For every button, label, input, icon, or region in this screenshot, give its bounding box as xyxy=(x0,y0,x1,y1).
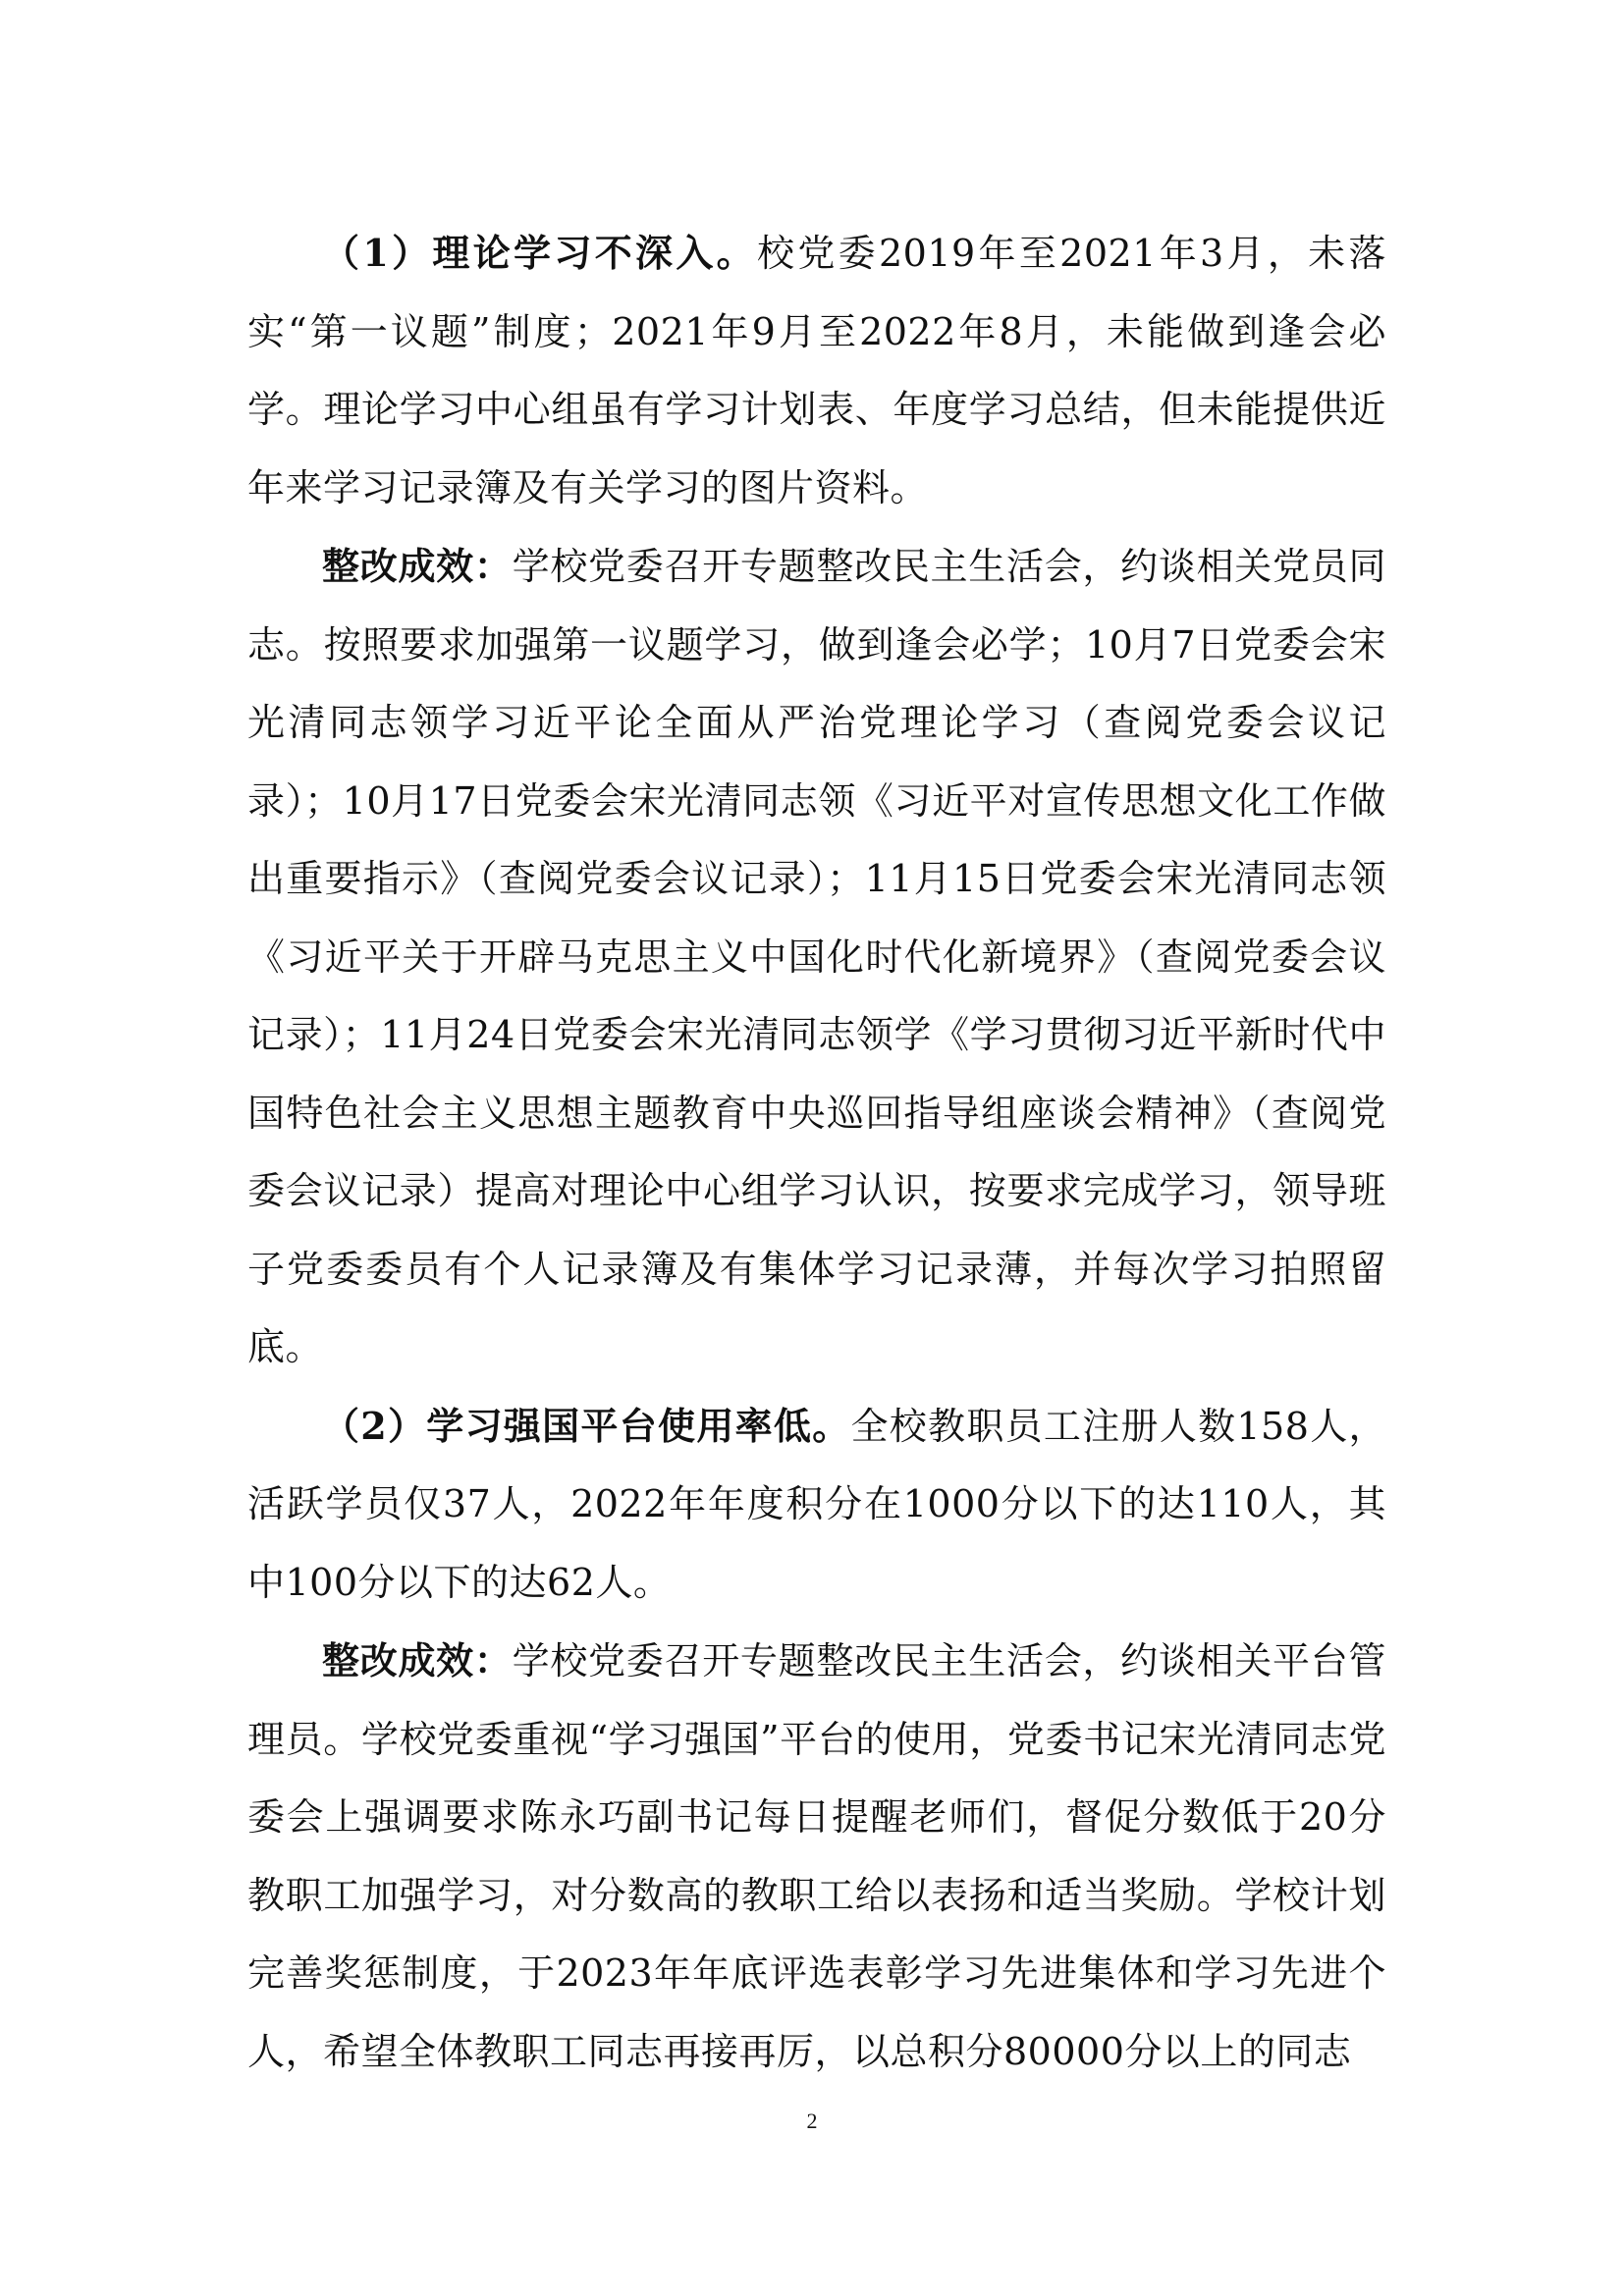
issue-heading-1: （1）理论学习不深入。 xyxy=(322,231,757,275)
document-body: （1）理论学习不深入。校党委2019年至2021年3月，未落实“第一议题”制度；… xyxy=(247,214,1386,2091)
page-number: 2 xyxy=(0,2109,1624,2134)
issue-paragraph-1: （1）理论学习不深入。校党委2019年至2021年3月，未落实“第一议题”制度；… xyxy=(247,214,1386,527)
result-paragraph-2: 整改成效：学校党委召开专题整改民主生活会，约谈相关平台管理员。学校党委重视“学习… xyxy=(247,1622,1386,2091)
result-paragraph-1: 整改成效：学校党委召开专题整改民主生活会，约谈相关党员同志。按照要求加强第一议题… xyxy=(247,527,1386,1387)
issue-heading-2: （2）学习强国平台使用率低。 xyxy=(322,1404,850,1448)
result-text-1: 学校党委召开专题整改民主生活会，约谈相关党员同志。按照要求加强第一议题学习，做到… xyxy=(247,545,1386,1368)
result-text-2: 学校党委召开专题整改民主生活会，约谈相关平台管理员。学校党委重视“学习强国”平台… xyxy=(247,1639,1386,2073)
result-heading-2: 整改成效： xyxy=(322,1638,513,1682)
result-heading-1: 整改成效： xyxy=(322,544,513,588)
issue-paragraph-2: （2）学习强国平台使用率低。全校教职员工注册人数158人，活跃学员仅37人，20… xyxy=(247,1387,1386,1623)
